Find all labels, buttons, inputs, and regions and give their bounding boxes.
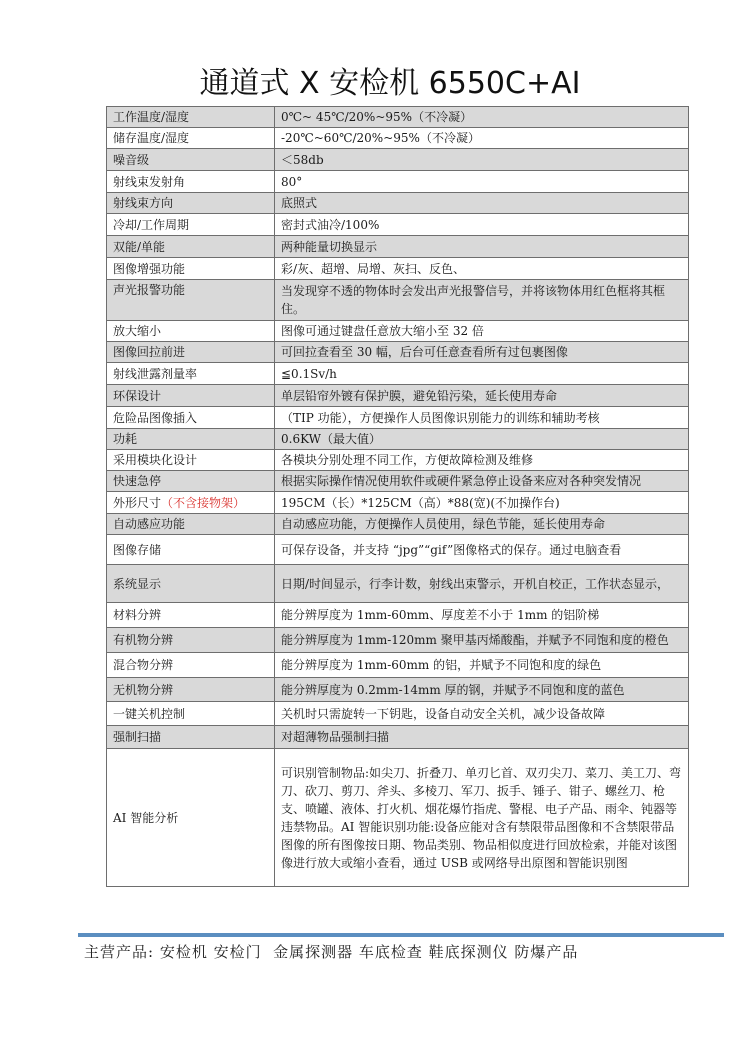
table-row: 射线束发射角80° [107,171,689,193]
spec-value: 关机时只需旋转一下钥匙，设备自动安全关机，减少设备故障 [281,707,605,721]
table-row: 冷却/工作周期密封式油冷/100% [107,214,689,236]
spec-label-cell: 有机物分辨 [107,628,275,653]
spec-value: 各模块分别处理不同工作，方便故障检测及维修 [281,453,533,467]
spec-label-cell: 图像回拉前进 [107,342,275,363]
spec-value-cell: 能分辨厚度为 1mm-60mm 的铝，并赋予不同饱和度的绿色 [275,653,689,678]
spec-label-cell: 系统显示 [107,565,275,603]
spec-label-cell: 射线泄露剂量率 [107,363,275,385]
spec-label-cell: 声光报警功能 [107,280,275,321]
table-row: 有机物分辨能分辨厚度为 1mm-120mm 聚甲基丙烯酸酯，并赋予不同饱和度的橙… [107,628,689,653]
spec-label-cell: 自动感应功能 [107,514,275,535]
spec-label: 外形尺寸 [113,496,161,510]
table-row: 采用模块化设计各模块分别处理不同工作，方便故障检测及维修 [107,450,689,471]
spec-value: -20℃~60℃/20%~95%（不冷凝） [281,131,480,145]
spec-value-cell: 可识别管制物品:如尖刀、折叠刀、单刃匕首、双刃尖刀、菜刀、美工刀、弯刀、砍刀、剪… [275,749,689,887]
spec-label: 放大缩小 [113,324,161,338]
spec-label-cell: 放大缩小 [107,321,275,342]
table-row: 自动感应功能自动感应功能，方便操作人员使用，绿色节能，延长使用寿命 [107,514,689,535]
table-row: 功耗0.6KW（最大值） [107,429,689,450]
spec-label: 声光报警功能 [113,283,185,297]
footer-products: 主营产品: 安检机 安检门 金属探测器 车底检查 鞋底探测仪 防爆产品 [84,941,578,962]
spec-label: 危险品图像插入 [113,411,197,425]
spec-value-cell: 单层铅帘外镀有保护膜，避免铅污染，延长使用寿命 [275,385,689,407]
spec-value: （TIP 功能），方便操作人员图像识别能力的训练和辅助考核 [281,411,600,425]
spec-label: 噪音级 [113,153,149,167]
spec-label: 系统显示 [113,577,161,591]
spec-value-cell: 0℃~ 45℃/20%~95%（不冷凝） [275,107,689,128]
spec-label: 冷却/工作周期 [113,218,189,232]
spec-value-cell: 能分辨厚度为 0.2mm-14mm 厚的钢，并赋予不同饱和度的蓝色 [275,678,689,702]
spec-value-cell: 底照式 [275,193,689,214]
spec-label: 工作温度/湿度 [113,110,189,124]
spec-label-cell: 功耗 [107,429,275,450]
spec-value: 日期/时间显示，行李计数，射线出束警示，开机自校正，工作状态显示， [281,577,669,591]
spec-label: 射线泄露剂量率 [113,367,197,381]
spec-value: 能分辨厚度为 0.2mm-14mm 厚的钢，并赋予不同饱和度的蓝色 [281,683,625,697]
spec-value-cell: 自动感应功能，方便操作人员使用，绿色节能，延长使用寿命 [275,514,689,535]
table-row: 无机物分辨能分辨厚度为 0.2mm-14mm 厚的钢，并赋予不同饱和度的蓝色 [107,678,689,702]
spec-value-cell: 彩/灰、超增、局增、灰扫、反色、 [275,258,689,280]
spec-label: 图像回拉前进 [113,345,185,359]
spec-value: 当发现穿不透的物体时会发出声光报警信号，并将该物体用红色框将其框住。 [281,284,665,316]
spec-value-cell: 195CM（长）*125CM（高）*88(宽)(不加操作台) [275,492,689,514]
spec-value-cell: 可回拉查看至 30 幅，后台可任意查看所有过包裹图像 [275,342,689,363]
spec-label-cell: 冷却/工作周期 [107,214,275,236]
spec-label: 图像增强功能 [113,262,185,276]
table-row: 危险品图像插入（TIP 功能），方便操作人员图像识别能力的训练和辅助考核 [107,407,689,429]
spec-value-cell: 能分辨厚度为 1mm-60mm、厚度差不小于 1mm 的铝阶梯 [275,603,689,628]
table-row: 图像回拉前进可回拉查看至 30 幅，后台可任意查看所有过包裹图像 [107,342,689,363]
spec-label: 自动感应功能 [113,517,185,531]
table-row: 射线泄露剂量率≦0.1Sv/h [107,363,689,385]
table-row: 环保设计单层铅帘外镀有保护膜，避免铅污染，延长使用寿命 [107,385,689,407]
spec-label: 一键关机控制 [113,707,185,721]
spec-value: 0℃~ 45℃/20%~95%（不冷凝） [281,110,472,124]
spec-value: 密封式油冷/100% [281,218,379,232]
spec-label-cell: 一键关机控制 [107,702,275,726]
spec-label-cell: 噪音级 [107,149,275,171]
spec-label-cell: 工作温度/湿度 [107,107,275,128]
spec-value-cell: 当发现穿不透的物体时会发出声光报警信号，并将该物体用红色框将其框住。 [275,280,689,321]
spec-label-cell: 图像增强功能 [107,258,275,280]
spec-label: 材料分辨 [113,608,161,622]
spec-label: 有机物分辨 [113,633,173,647]
spec-value: 能分辨厚度为 1mm-60mm、厚度差不小于 1mm 的铝阶梯 [281,608,599,622]
spec-value-cell: 可保存设备，并支持 “jpg”“gif”图像格式的保存。通过电脑查看 [275,535,689,565]
spec-value: 能分辨厚度为 1mm-120mm 聚甲基丙烯酸酯，并赋予不同饱和度的橙色 [281,633,669,647]
spec-value: 图像可通过键盘任意放大缩小至 32 倍 [281,324,484,338]
spec-label-cell: 环保设计 [107,385,275,407]
spec-label: 混合物分辨 [113,658,173,672]
table-row: 工作温度/湿度0℃~ 45℃/20%~95%（不冷凝） [107,107,689,128]
spec-value: 两种能量切换显示 [281,240,377,254]
spec-value: 可回拉查看至 30 幅，后台可任意查看所有过包裹图像 [281,345,568,359]
spec-label-cell: 危险品图像插入 [107,407,275,429]
spec-label-cell: 强制扫描 [107,726,275,749]
spec-label-cell: 材料分辨 [107,603,275,628]
table-row: 外形尺寸（不含接物架）195CM（长）*125CM（高）*88(宽)(不加操作台… [107,492,689,514]
spec-value-cell: 对超薄物品强制扫描 [275,726,689,749]
table-row: 快速急停根据实际操作情况使用软件或硬件紧急停止设备来应对各种突发情况 [107,471,689,492]
spec-value: 80° [281,175,302,189]
table-row: 混合物分辨能分辨厚度为 1mm-60mm 的铝，并赋予不同饱和度的绿色 [107,653,689,678]
spec-value-cell: 两种能量切换显示 [275,236,689,258]
spec-label: 无机物分辨 [113,683,173,697]
spec-label: AI 智能分析 [113,811,178,825]
spec-value-cell: ＜58db [275,149,689,171]
table-row: 图像增强功能彩/灰、超增、局增、灰扫、反色、 [107,258,689,280]
spec-value-cell: 0.6KW（最大值） [275,429,689,450]
table-row: 噪音级＜58db [107,149,689,171]
spec-value: 单层铅帘外镀有保护膜，避免铅污染，延长使用寿命 [281,389,557,403]
spec-value: 彩/灰、超增、局增、灰扫、反色、 [281,262,465,276]
footer-divider [78,933,724,937]
spec-label: 储存温度/湿度 [113,131,189,145]
page-title: 通道式 X 安检机 6550C+AI [0,58,750,102]
spec-label-cell: 图像存储 [107,535,275,565]
table-row: AI 智能分析可识别管制物品:如尖刀、折叠刀、单刃匕首、双刃尖刀、菜刀、美工刀、… [107,749,689,887]
table-row: 一键关机控制关机时只需旋转一下钥匙，设备自动安全关机，减少设备故障 [107,702,689,726]
spec-value: 能分辨厚度为 1mm-60mm 的铝，并赋予不同饱和度的绿色 [281,658,601,672]
spec-label: 环保设计 [113,389,161,403]
spec-value-cell: -20℃~60℃/20%~95%（不冷凝） [275,128,689,149]
spec-label: 双能/单能 [113,240,165,254]
table-row: 图像存储可保存设备，并支持 “jpg”“gif”图像格式的保存。通过电脑查看 [107,535,689,565]
spec-label-cell: 无机物分辨 [107,678,275,702]
table-row: 强制扫描对超薄物品强制扫描 [107,726,689,749]
table-row: 放大缩小图像可通过键盘任意放大缩小至 32 倍 [107,321,689,342]
spec-label-cell: 射线束方向 [107,193,275,214]
spec-label-cell: 混合物分辨 [107,653,275,678]
spec-label: 强制扫描 [113,730,161,744]
spec-label: 功耗 [113,432,137,446]
spec-label-cell: 储存温度/湿度 [107,128,275,149]
spec-label-cell: 采用模块化设计 [107,450,275,471]
spec-value: 可保存设备，并支持 “jpg”“gif”图像格式的保存。通过电脑查看 [281,543,621,557]
spec-label: 射线束发射角 [113,175,185,189]
spec-label: 射线束方向 [113,196,173,210]
spec-value: ＜58db [281,153,324,167]
spec-value-cell: 关机时只需旋转一下钥匙，设备自动安全关机，减少设备故障 [275,702,689,726]
spec-label: 采用模块化设计 [113,453,197,467]
spec-value: 对超薄物品强制扫描 [281,730,389,744]
spec-label-cell: 快速急停 [107,471,275,492]
table-row: 储存温度/湿度-20℃~60℃/20%~95%（不冷凝） [107,128,689,149]
table-row: 声光报警功能当发现穿不透的物体时会发出声光报警信号，并将该物体用红色框将其框住。 [107,280,689,321]
spec-table-body: 工作温度/湿度0℃~ 45℃/20%~95%（不冷凝）储存温度/湿度-20℃~6… [107,107,689,887]
spec-label: 快速急停 [113,474,161,488]
spec-label-cell: AI 智能分析 [107,749,275,887]
spec-value: 可识别管制物品:如尖刀、折叠刀、单刃匕首、双刃尖刀、菜刀、美工刀、弯刀、砍刀、剪… [281,766,681,870]
table-row: 双能/单能两种能量切换显示 [107,236,689,258]
spec-value-cell: 能分辨厚度为 1mm-120mm 聚甲基丙烯酸酯，并赋予不同饱和度的橙色 [275,628,689,653]
spec-label-cell: 外形尺寸（不含接物架） [107,492,275,514]
spec-value-cell: 80° [275,171,689,193]
spec-label: 图像存储 [113,543,161,557]
spec-value-cell: 各模块分别处理不同工作，方便故障检测及维修 [275,450,689,471]
table-row: 系统显示日期/时间显示，行李计数，射线出束警示，开机自校正，工作状态显示， [107,565,689,603]
spec-value: ≦0.1Sv/h [281,367,337,381]
spec-value: 根据实际操作情况使用软件或硬件紧急停止设备来应对各种突发情况 [281,474,641,488]
spec-value-cell: 密封式油冷/100% [275,214,689,236]
spec-value-cell: 日期/时间显示，行李计数，射线出束警示，开机自校正，工作状态显示， [275,565,689,603]
table-row: 射线束方向底照式 [107,193,689,214]
spec-label-cell: 双能/单能 [107,236,275,258]
spec-table: 工作温度/湿度0℃~ 45℃/20%~95%（不冷凝）储存温度/湿度-20℃~6… [106,106,689,887]
spec-value-cell: 根据实际操作情况使用软件或硬件紧急停止设备来应对各种突发情况 [275,471,689,492]
spec-value-cell: ≦0.1Sv/h [275,363,689,385]
spec-value: 底照式 [281,196,317,210]
spec-label-cell: 射线束发射角 [107,171,275,193]
spec-value-cell: 图像可通过键盘任意放大缩小至 32 倍 [275,321,689,342]
spec-value: 195CM（长）*125CM（高）*88(宽)(不加操作台) [281,496,560,510]
spec-value: 0.6KW（最大值） [281,432,381,446]
table-row: 材料分辨能分辨厚度为 1mm-60mm、厚度差不小于 1mm 的铝阶梯 [107,603,689,628]
spec-value-cell: （TIP 功能），方便操作人员图像识别能力的训练和辅助考核 [275,407,689,429]
spec-value: 自动感应功能，方便操作人员使用，绿色节能，延长使用寿命 [281,517,605,531]
spec-label-note: （不含接物架） [161,496,245,510]
